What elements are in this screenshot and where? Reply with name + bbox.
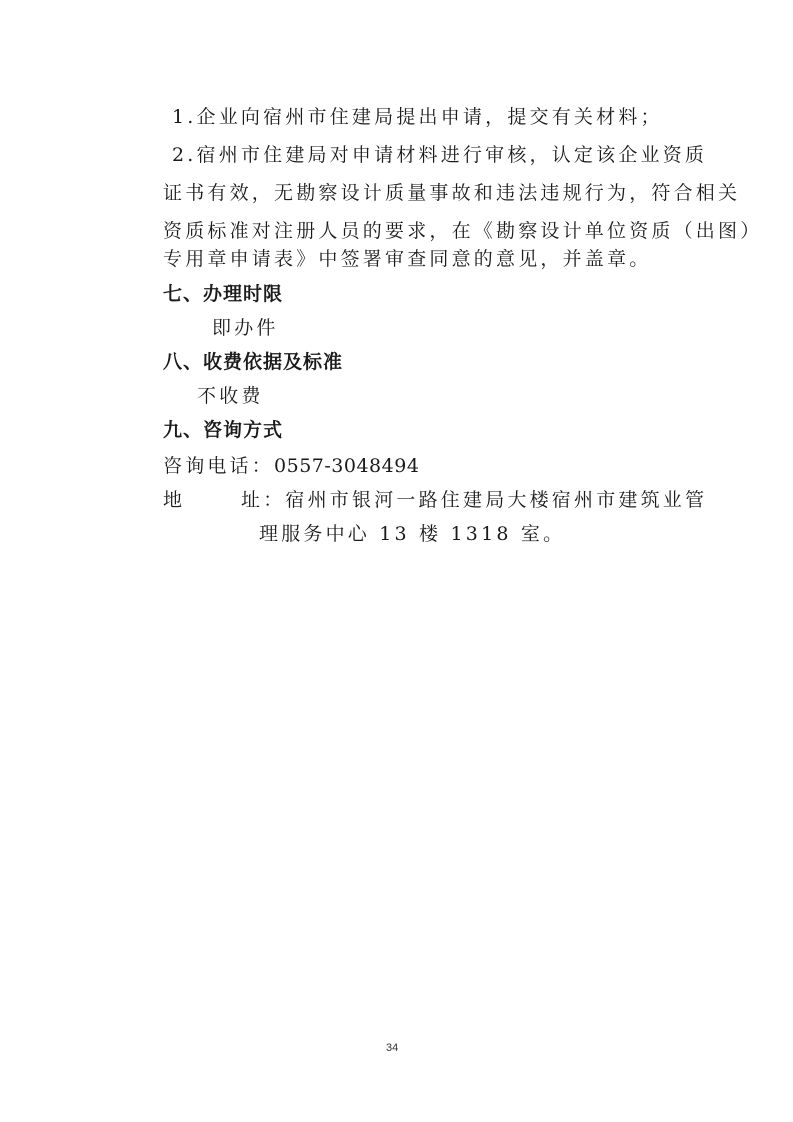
step-2-cont-1: 证书有效，无勘察设计质量事故和违法违规行为，符合相关 bbox=[163, 181, 740, 205]
step-2: 2.宿州市住建局对申请材料进行审核，认定该企业资质 bbox=[172, 143, 707, 167]
section-7-body: 即办件 bbox=[212, 316, 279, 340]
phone-line: 咨询电话：0557-3048494 bbox=[163, 454, 419, 478]
section-8-body: 不收费 bbox=[197, 384, 264, 408]
step-2-cont-3: 专用章申请表》中签署审查同意的意见，并盖章。 bbox=[163, 247, 651, 271]
address-text-1: 宿州市银河一路住建局大楼宿州市建筑业管 bbox=[285, 489, 707, 511]
section-8-title: 八、收费依据及标准 bbox=[163, 350, 343, 374]
page-number: 34 bbox=[386, 1042, 398, 1054]
section-9-title: 九、咨询方式 bbox=[163, 418, 283, 442]
step-2-cont-2: 资质标准对注册人员的要求，在《勘察设计单位资质（出图） bbox=[163, 219, 762, 243]
step-1: 1.企业向宿州市住建局提出申请，提交有关材料； bbox=[172, 105, 663, 129]
phone-number: 0557-3048494 bbox=[274, 455, 419, 477]
section-7-title: 七、办理时限 bbox=[163, 282, 283, 306]
address-line-1: 地址：宿州市银河一路住建局大楼宿州市建筑业管 bbox=[163, 488, 707, 512]
address-label-2: 址： bbox=[241, 489, 285, 511]
phone-label: 咨询电话： bbox=[163, 455, 274, 477]
address-line-2: 理服务中心 13 楼 1318 室。 bbox=[259, 522, 565, 546]
address-label-1: 地 bbox=[163, 488, 241, 512]
